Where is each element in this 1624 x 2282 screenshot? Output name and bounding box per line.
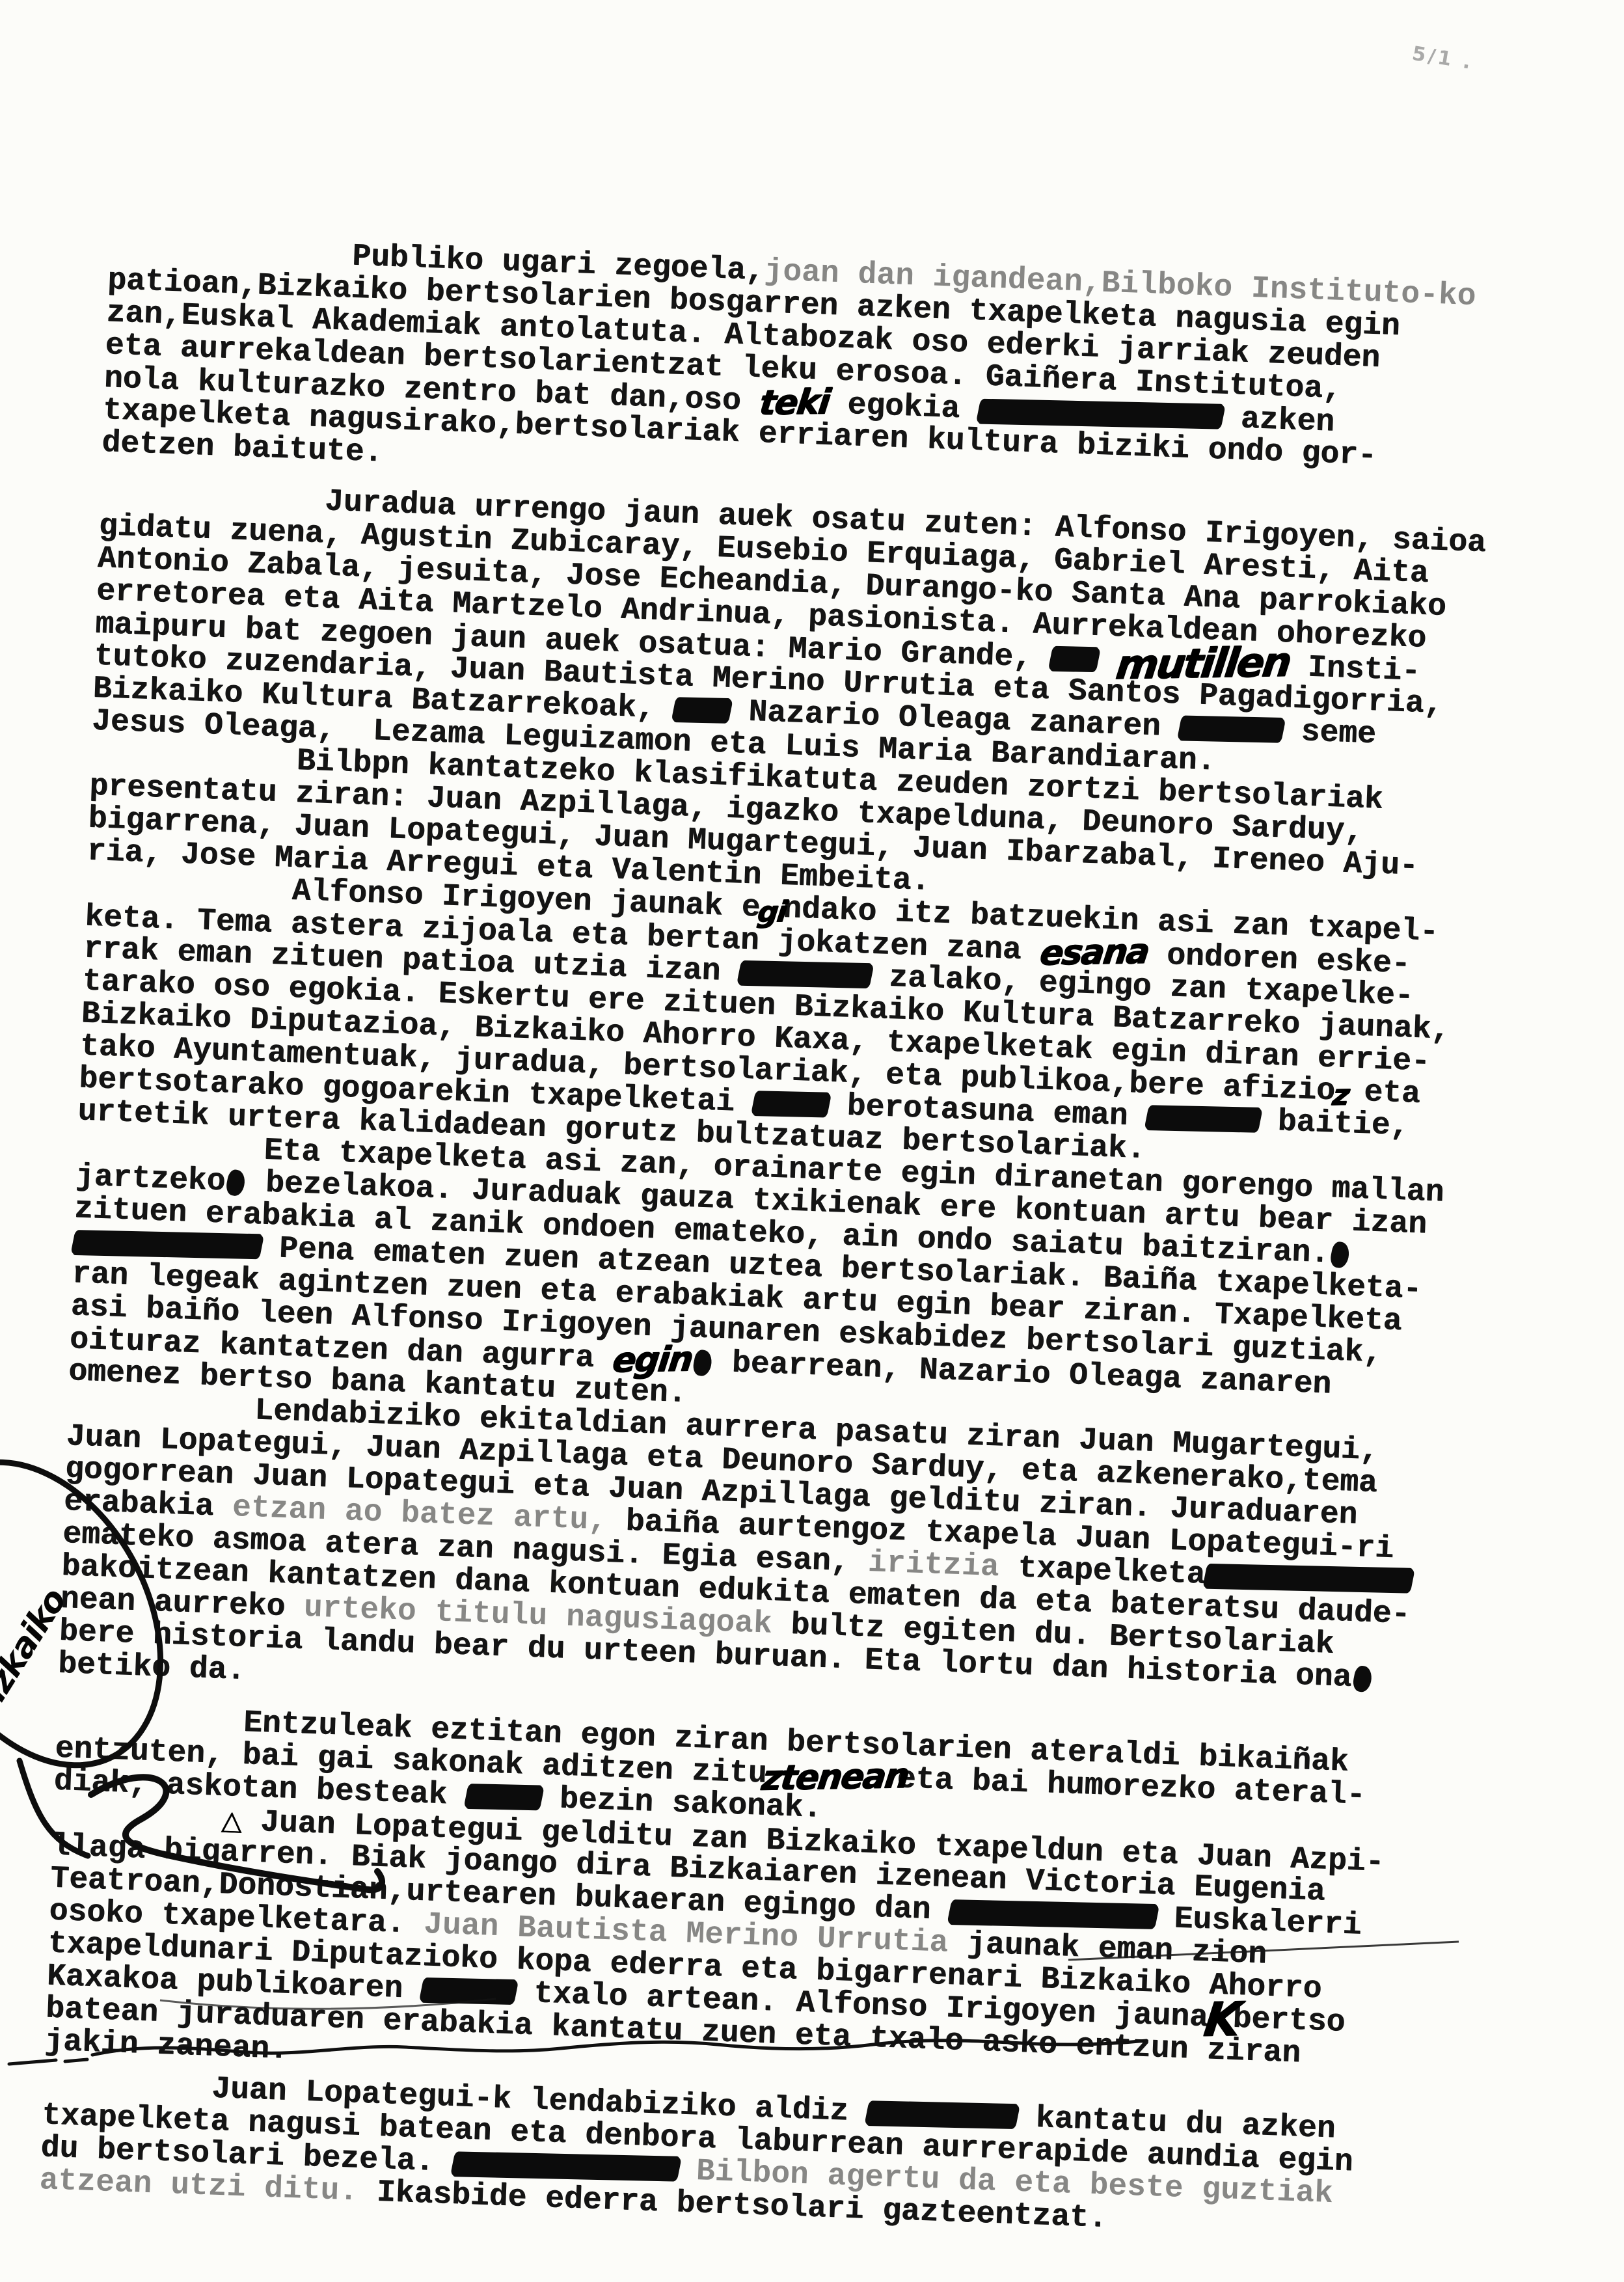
handwritten-overwrite: ztenean xyxy=(759,1759,910,1795)
ink-redaction xyxy=(737,960,873,987)
ink-blob xyxy=(1351,1664,1374,1693)
insertion-caret: △ xyxy=(221,1804,242,1837)
ink-redaction xyxy=(1048,646,1100,671)
pencil-corner-mark: 5/1 . xyxy=(1411,42,1475,74)
ink-redaction xyxy=(947,1899,1158,1928)
paragraph: Alfonso Irigoyen jaunak egindako itz bat… xyxy=(77,867,1563,1180)
ink-blob xyxy=(225,1169,247,1197)
scanned-page: 5/1 . Publiko ugari zegoela,joan dan iga… xyxy=(0,0,1624,2282)
ink-redaction xyxy=(976,399,1225,428)
ink-redaction xyxy=(70,1230,263,1258)
ink-redaction xyxy=(865,2100,1020,2128)
handwritten-correction: mutillen xyxy=(1114,645,1291,681)
ink-blob xyxy=(691,1349,713,1378)
paragraph: Lendabiziko ekitaldian aurrera pasatu zi… xyxy=(57,1388,1544,1733)
typed-text: eta xyxy=(1345,1074,1421,1112)
ink-redaction xyxy=(450,2151,681,2180)
handwritten-correction: gi xyxy=(755,896,787,929)
typed-text-block: Publiko ugari zegoela,joan dan igandean,… xyxy=(39,232,1586,2249)
handwritten-correction: egin xyxy=(611,1343,694,1377)
typed-text: seme xyxy=(1282,714,1377,752)
paragraph: △ Juan Lopategui gelditu zan Bizkaiko tx… xyxy=(44,1797,1530,2110)
ink-redaction xyxy=(463,1784,543,1809)
handwritten-correction: esana xyxy=(1038,935,1150,970)
typed-text-faded: iritzia xyxy=(867,1545,999,1585)
typed-text xyxy=(677,2153,697,2189)
paragraph: Publiko ugari zegoela,joan dan igandean,… xyxy=(101,232,1585,512)
typed-text: betiko da. xyxy=(57,1647,246,1689)
ink-redaction xyxy=(751,1091,831,1116)
ink-redaction xyxy=(1177,716,1285,742)
ink-redaction xyxy=(419,1977,518,2004)
typed-text xyxy=(1096,643,1116,679)
paragraph: Juradua urrengo jaun auek osatu zuten: A… xyxy=(91,478,1577,791)
ink-redaction xyxy=(1144,1105,1262,1132)
ink-redaction xyxy=(1202,1564,1414,1592)
paragraph: Eta txapelketa asi zan, orainarte egin d… xyxy=(68,1128,1553,1441)
ink-blob xyxy=(1329,1240,1351,1269)
handwritten-correction: teki xyxy=(757,386,830,420)
ink-redaction xyxy=(671,697,733,722)
handwritten-correction: K xyxy=(1202,2002,1241,2035)
